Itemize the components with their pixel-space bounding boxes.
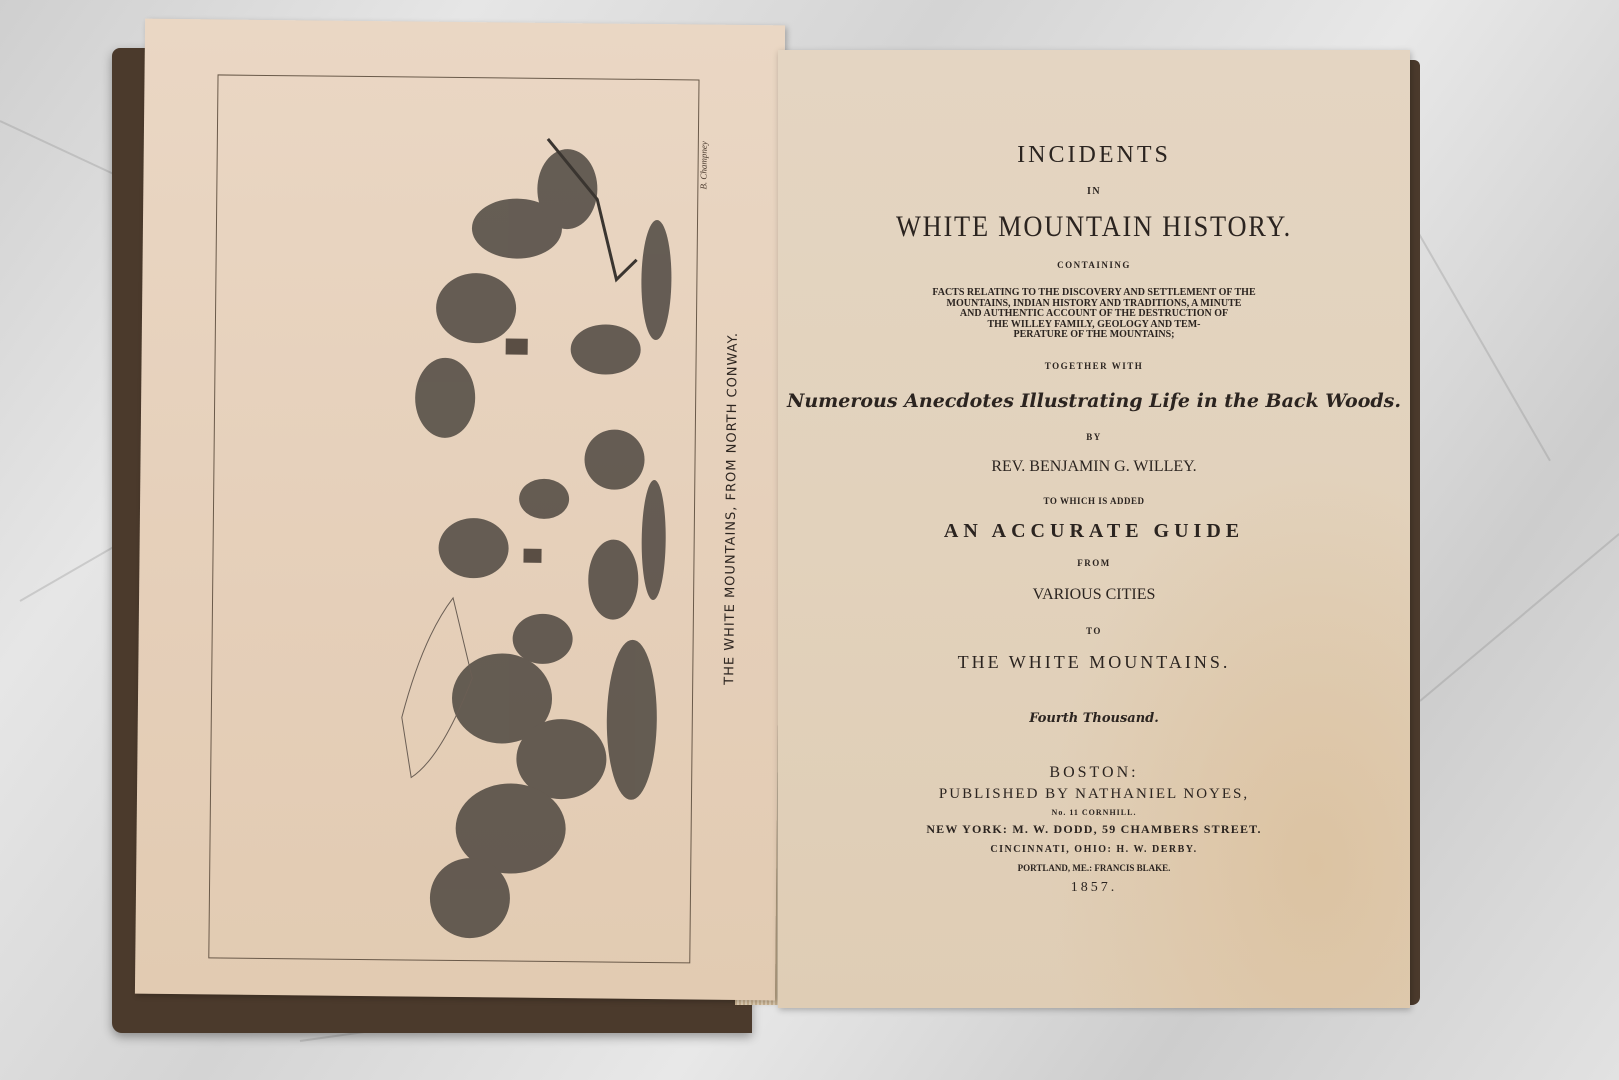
- facts-line: PERATURE OF THE MOUNTAINS;: [778, 330, 1410, 341]
- facts-line: FACTS RELATING TO THE DISCOVERY AND SETT…: [778, 288, 1410, 299]
- by-label: BY: [778, 432, 1410, 442]
- imprint-publisher: PUBLISHED BY NATHANIEL NOYES,: [778, 786, 1410, 803]
- title-page: INCIDENTS IN WHITE MOUNTAIN HISTORY. CON…: [778, 50, 1410, 1008]
- landscape-engraving: [209, 75, 698, 962]
- facts-paragraph: FACTS RELATING TO THE DISCOVERY AND SETT…: [778, 288, 1410, 341]
- accurate-guide: AN ACCURATE GUIDE: [778, 520, 1410, 543]
- from-label: FROM: [778, 558, 1410, 568]
- together-with: TOGETHER WITH: [778, 361, 1410, 371]
- imprint-address: No. 11 CORNHILL.: [778, 808, 1410, 817]
- artist-signature: B. Champney: [698, 109, 709, 189]
- containing-label: CONTAINING: [778, 260, 1410, 270]
- imprint-year: 1857.: [778, 880, 1410, 896]
- destination: THE WHITE MOUNTAINS.: [778, 652, 1410, 673]
- imprint-portland: PORTLAND, ME.: FRANCIS BLAKE.: [778, 863, 1410, 873]
- imprint-city: BOSTON:: [778, 764, 1410, 782]
- author-name: REV. BENJAMIN G. WILLEY.: [778, 458, 1410, 476]
- frontispiece-page: B. Champney THE WHITE MOUNTAINS, FROM NO…: [135, 19, 785, 1001]
- edition: Fourth Thousand.: [778, 711, 1410, 726]
- various-cities: VARIOUS CITIES: [778, 586, 1410, 604]
- imprint-new-york: NEW YORK: M. W. DODD, 59 CHAMBERS STREET…: [778, 822, 1410, 837]
- title-in: IN: [778, 186, 1410, 197]
- engraving-frame: [208, 74, 699, 963]
- title-main: WHITE MOUNTAIN HISTORY.: [816, 210, 1372, 244]
- imprint-cincinnati: CINCINNATI, OHIO: H. W. DERBY.: [778, 844, 1410, 855]
- to-which-added: TO WHICH IS ADDED: [778, 496, 1410, 506]
- anecdotes-blackletter: Numerous Anecdotes Illustrating Life in …: [778, 390, 1410, 412]
- facts-line: AND AUTHENTIC ACCOUNT OF THE DESTRUCTION…: [778, 309, 1410, 320]
- to-label: TO: [778, 626, 1410, 636]
- plate-caption: THE WHITE MOUNTAINS, FROM NORTH CONWAY.: [722, 332, 741, 685]
- title-incidents: INCIDENTS: [778, 142, 1410, 169]
